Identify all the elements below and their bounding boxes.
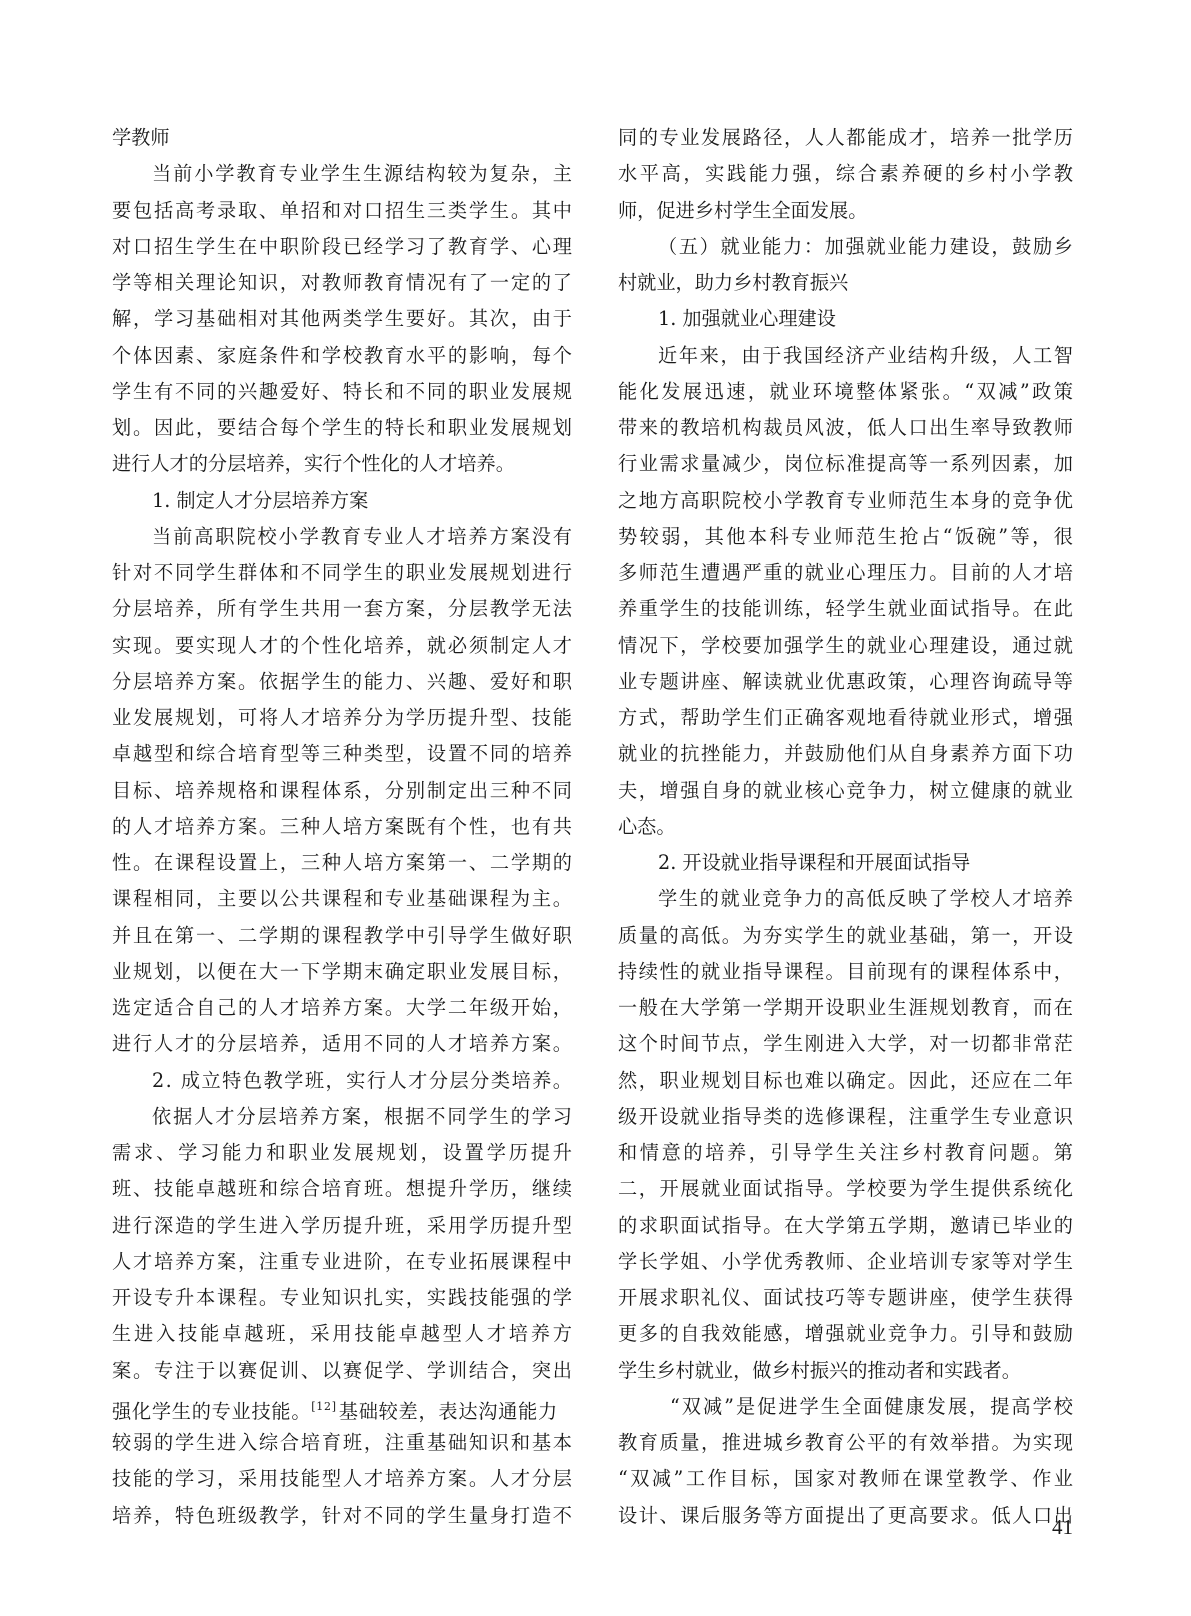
line-text: 并且在第一、二学期的课程教学中引导学生做好职 [112,924,574,947]
line-text: 二，开展就业面试指导。学校要为学生提供系统化 [618,1177,1075,1200]
line-text: 学等相关理论知识，对教师教育情况有了一定的了 [112,271,574,294]
page-number: 41 [1052,1515,1073,1540]
text-line: 进行人才的分层培养，实行个性化的人才培养。 [112,453,572,489]
line-text: 解，学习基础相对其他两类学生要好。其次，由于 [112,307,574,330]
text-line: 行业需求量减少，岗位标准提高等一系列因素，加 [618,453,1073,489]
text-line: 学等相关理论知识，对教师教育情况有了一定的了 [112,272,572,308]
text-line: 近年来，由于我国经济产业结构升级，人工智 [618,345,1073,381]
text-line: 学生的就业竞争力的高低反映了学校人才培养 [618,888,1073,924]
text-line: 实现。要实现人才的个性化培养，就必须制定人才 [112,635,572,671]
line-text: 多师范生遭遇严重的就业心理压力。目前的人才培 [618,561,1075,584]
line-text: 生进入技能卓越班，采用技能卓越型人才培养方 [112,1322,575,1345]
text-line: 人才培养方案，注重专业进阶，在专业拓展课程中 [112,1251,572,1287]
line-text: 水平高，实践能力强，综合素养硬的乡村小学教 [618,162,1076,185]
text-line: 设计、课后服务等方面提出了更高要求。低人口出 [618,1505,1073,1541]
line-text: 持续性的就业指导课程。目前现有的课程体系中， [618,960,1075,983]
text-line: 课程相同，主要以公共课程和专业基础课程为主。 [112,888,572,924]
line-text: 分层培养方案。依据学生的能力、兴趣、爱好和职 [112,670,574,693]
line-text: 划。因此，要结合每个学生的特长和职业发展规划 [112,416,574,439]
line-text: 心态。 [618,815,676,838]
line-text: 技能的学习，采用技能型人才培养方案。人才分层 [112,1467,574,1490]
line-text: 一般在大学第一学期开设职业生涯规划教育，而在 [618,996,1075,1019]
text-line: 解，学习基础相对其他两类学生要好。其次，由于 [112,308,572,344]
line-text: 带来的教培机构裁员风波，低人口出生率导致教师 [618,416,1075,439]
text-line: 能化发展迅速，就业环境整体紧张。“双减”政策 [618,381,1073,417]
text-line: 势较弱，其他本科专业师范生抢占“饭碗”等，很 [618,526,1073,562]
line-text: 较弱的学生进入综合培育班，注重基础知识和基本 [112,1431,574,1454]
section-heading-line: 村就业，助力乡村教育振兴 [618,272,1073,308]
line-text: 势较弱，其他本科专业师范生抢占“饭碗”等，很 [618,525,1075,548]
line-text: 课程相同，主要以公共课程和专业基础课程为主。 [112,887,574,910]
text-line: 性。在课程设置上，三种人培方案第一、二学期的 [112,852,572,888]
text-line: 业专题讲座、解读就业优惠政策，心理咨询疏导等 [618,671,1073,707]
line-text: 业专题讲座、解读就业优惠政策，心理咨询疏导等 [618,670,1075,693]
text-line: 生进入技能卓越班，采用技能卓越型人才培养方 [112,1323,572,1359]
line-text: 更多的自我效能感，增强就业竞争力。引导和鼓励 [618,1322,1075,1345]
line-text: 开展求职礼仪、面试技巧等专题讲座，使学生获得 [618,1286,1075,1309]
text-line: 并且在第一、二学期的课程教学中引导学生做好职 [112,925,572,961]
text-line: 然，职业规划目标也难以确定。因此，还应在二年 [618,1070,1073,1106]
text-line: 当前高职院校小学教育专业人才培养方案没有 [112,526,572,562]
text-line: 需求、学习能力和职业发展规划，设置学历提升 [112,1142,572,1178]
text-line: 依据人才分层培养方案，根据不同学生的学习 [112,1106,572,1142]
text-line: 养重学生的技能训练，轻学生就业面试指导。在此 [618,598,1073,634]
document-page: 学教师当前小学教育专业学生生源结构较为复杂，主要包括高考录取、单招和对口招生三类… [0,0,1191,1616]
text-line: 当前小学教育专业学生生源结构较为复杂，主 [112,163,572,199]
text-line: 1. 制定人才分层培养方案 [112,490,572,526]
line-text: 的人才培养方案。三种人培方案既有个性，也有共 [112,815,574,838]
line-text: 需求、学习能力和职业发展规划，设置学历提升 [112,1141,575,1164]
line-text: 2. 开设就业指导课程和开展面试指导 [658,851,970,874]
line-text: 学生乡村就业，做乡村振兴的推动者和实践者。 [618,1359,1021,1382]
line-text: 方式，帮助学生们正确客观地看待就业形式，增强 [618,706,1075,729]
text-line: 进行深造的学生进入学历提升班，采用学历提升型 [112,1215,572,1251]
text-line: 心态。 [618,816,1073,852]
text-line: 的求职面试指导。在大学第五学期，邀请已毕业的 [618,1215,1073,1251]
line-text: 设计、课后服务等方面提出了更高要求。低人口出 [618,1504,1075,1527]
citation-marker: [12] [311,1400,337,1413]
text-line: 进行人才的分层培养，适用不同的人才培养方案。 [112,1033,572,1069]
text-line: 的人才培养方案。三种人培方案既有个性，也有共 [112,816,572,852]
text-line: 业规划，以便在大一下学期末确定职业发展目标， [112,961,572,997]
text-line: 级开设就业指导类的选修课程，注重学生专业意识 [618,1106,1073,1142]
line-text: 个体因素、家庭条件和学校教育水平的影响，每个 [112,344,574,367]
text-line: 同的专业发展路径，人人都能成才，培养一批学历 [618,127,1073,163]
line-text: 夫，增强自身的就业核心竞争力，树立健康的就业 [618,779,1075,802]
text-line: 学长学姐、小学优秀教师、企业培训专家等对学生 [618,1251,1073,1287]
line-text: 学生的就业竞争力的高低反映了学校人才培养 [658,887,1075,910]
line-text: 班、技能卓越班和综合培育班。想提升学历，继续 [112,1177,574,1200]
line-text: 要包括高考录取、单招和对口招生三类学生。其中 [112,199,574,222]
line-text: 实现。要实现人才的个性化培养，就必须制定人才 [112,634,574,657]
text-line: 班、技能卓越班和综合培育班。想提升学历，继续 [112,1178,572,1214]
line-text: 这个时间节点，学生刚进入大学，对一切都非常茫 [618,1032,1075,1055]
text-line: 划。因此，要结合每个学生的特长和职业发展规划 [112,417,572,453]
line-text: 情况下，学校要加强学生的就业心理建设，通过就 [618,634,1075,657]
line-text: 学生有不同的兴趣爱好、特长和不同的职业发展规 [112,380,574,403]
text-line: 业发展规划，可将人才培养分为学历提升型、技能 [112,707,572,743]
text-line: 夫，增强自身的就业核心竞争力，树立健康的就业 [618,780,1073,816]
line-text: 养重学生的技能训练，轻学生就业面试指导。在此 [618,597,1075,620]
line-text: 学长学姐、小学优秀教师、企业培训专家等对学生 [618,1250,1075,1273]
line-text: 进行人才的分层培养，适用不同的人才培养方案。 [112,1032,574,1055]
line-text: 目标、培养规格和课程体系，分别制定出三种不同 [112,779,574,802]
line-text: 的求职面试指导。在大学第五学期，邀请已毕业的 [618,1214,1075,1237]
text-line: 更多的自我效能感，增强就业竞争力。引导和鼓励 [618,1323,1073,1359]
text-line: 学生乡村就业，做乡村振兴的推动者和实践者。 [618,1360,1073,1396]
line-text: 培养，特色班级教学，针对不同的学生量身打造不 [112,1504,574,1527]
text-line: 这个时间节点，学生刚进入大学，对一切都非常茫 [618,1033,1073,1069]
line-text: 人才培养方案，注重专业进阶，在专业拓展课程中 [112,1250,574,1273]
text-line: 选定适合自己的人才培养方案。大学二年级开始， [112,997,572,1033]
line-text: 师，促进乡村学生全面发展。 [618,199,867,222]
line-text: 1. 加强就业心理建设 [658,307,836,330]
line-text: 教育质量，推进城乡教育公平的有效举措。为实现 [618,1431,1075,1454]
text-line: 情况下，学校要加强学生的就业心理建设，通过就 [618,635,1073,671]
text-line: 目标、培养规格和课程体系，分别制定出三种不同 [112,780,572,816]
line-text: 当前小学教育专业学生生源结构较为复杂，主 [152,162,574,185]
line-text: 卓越型和综合培育型等三种类型，设置不同的培养 [112,742,574,765]
text-line: 案。专注于以赛促训、以赛促学、学训结合，突出 [112,1360,572,1396]
right-column: 同的专业发展路径，人人都能成才，培养一批学历水平高，实践能力强，综合素养硬的乡村… [618,127,1073,1541]
line-text: 近年来，由于我国经济产业结构升级，人工智 [658,344,1075,367]
line-text: “双减”工作目标，国家对教师在课堂教学、作业 [618,1467,1075,1490]
line-text: 进行人才的分层培养，实行个性化的人才培养。 [112,452,515,475]
text-line: 一般在大学第一学期开设职业生涯规划教育，而在 [618,997,1073,1033]
text-line: 分层培养，所有学生共用一套方案，分层教学无法 [112,598,572,634]
text-line: 1. 加强就业心理建设 [618,308,1073,344]
line-text: 依据人才分层培养方案，根据不同学生的学习 [152,1105,574,1128]
text-line: 就业的抗挫能力，并鼓励他们从自身素养方面下功 [618,743,1073,779]
section-heading-line: （五）就业能力：加强就业能力建设，鼓励乡 [618,236,1073,272]
text-line: 培养，特色班级教学，针对不同的学生量身打造不 [112,1505,572,1541]
text-line: 2. 成立特色教学班，实行人才分层分类培养。 [112,1070,572,1106]
line-text: 能化发展迅速，就业环境整体紧张。“双减”政策 [618,380,1075,403]
text-line: 二，开展就业面试指导。学校要为学生提供系统化 [618,1178,1073,1214]
text-line: 方式，帮助学生们正确客观地看待就业形式，增强 [618,707,1073,743]
line-text: 强化学生的专业技能。 [112,1400,311,1423]
text-line: 和情意的培养，引导学生关注乡村教育问题。第 [618,1142,1073,1178]
text-line: 教育质量，推进城乡教育公平的有效举措。为实现 [618,1432,1073,1468]
line-text: 和情意的培养，引导学生关注乡村教育问题。第 [618,1141,1076,1164]
line-text: 案。专注于以赛促训、以赛促学、学训结合，突出 [112,1359,574,1382]
line-text: 质量的高低。为夯实学生的就业基础，第一，开设 [618,924,1075,947]
line-text: 就业的抗挫能力，并鼓励他们从自身素养方面下功 [618,742,1075,765]
text-line: 水平高，实践能力强，综合素养硬的乡村小学教 [618,163,1073,199]
line-text: 之地方高职院校小学教育专业师范生本身的竞争优 [618,489,1075,512]
line-text: 进行深造的学生进入学历提升班，采用学历提升型 [112,1214,574,1237]
text-line: 师，促进乡村学生全面发展。 [618,200,1073,236]
text-line: 学教师 [112,127,572,163]
text-line: 质量的高低。为夯实学生的就业基础，第一，开设 [618,925,1073,961]
line-text: 业规划，以便在大一下学期末确定职业发展目标， [112,960,574,983]
line-text: “双减”是促进学生全面健康发展，提高学校 [670,1395,1075,1418]
text-line: 强化学生的专业技能。[12]基础较差，表达沟通能力 [112,1396,572,1432]
text-line: 开展求职礼仪、面试技巧等专题讲座，使学生获得 [618,1287,1073,1323]
text-line: 分层培养方案。依据学生的能力、兴趣、爱好和职 [112,671,572,707]
text-line: 较弱的学生进入综合培育班，注重基础知识和基本 [112,1432,572,1468]
line-text: 性。在课程设置上，三种人培方案第一、二学期的 [112,851,574,874]
line-text: 1. 制定人才分层培养方案 [152,489,368,512]
line-text: 村就业，助力乡村教育振兴 [618,271,848,294]
text-line: 之地方高职院校小学教育专业师范生本身的竞争优 [618,490,1073,526]
text-line: 针对不同学生群体和不同学生的职业发展规划进行 [112,562,572,598]
line-text: 选定适合自己的人才培养方案。大学二年级开始， [112,996,574,1019]
line-text: 同的专业发展路径，人人都能成才，培养一批学历 [618,126,1075,149]
text-line: 技能的学习，采用技能型人才培养方案。人才分层 [112,1468,572,1504]
text-line: 对口招生学生在中职阶段已经学习了教育学、心理 [112,236,572,272]
line-text: 然，职业规划目标也难以确定。因此，还应在二年 [618,1069,1075,1092]
text-line: 多师范生遭遇严重的就业心理压力。目前的人才培 [618,562,1073,598]
text-line: 个体因素、家庭条件和学校教育水平的影响，每个 [112,345,572,381]
line-text: 行业需求量减少，岗位标准提高等一系列因素，加 [618,452,1075,475]
text-line: 学生有不同的兴趣爱好、特长和不同的职业发展规 [112,381,572,417]
text-line: 持续性的就业指导课程。目前现有的课程体系中， [618,961,1073,997]
line-text: 业发展规划，可将人才培养分为学历提升型、技能 [112,706,574,729]
text-line: 带来的教培机构裁员风波，低人口出生率导致教师 [618,417,1073,453]
line-text: （五）就业能力：加强就业能力建设，鼓励乡 [658,235,1075,258]
line-text: 基础较差，表达沟通能力 [339,1400,558,1423]
text-line: 开设专升本课程。专业知识扎实，实践技能强的学 [112,1287,572,1323]
text-line: “双减”工作目标，国家对教师在课堂教学、作业 [618,1468,1073,1504]
line-text: 对口招生学生在中职阶段已经学习了教育学、心理 [112,235,574,258]
text-line: 2. 开设就业指导课程和开展面试指导 [618,852,1073,888]
line-text: 分层培养，所有学生共用一套方案，分层教学无法 [112,597,574,620]
line-text: 2. 成立特色教学班，实行人才分层分类培养。 [152,1069,573,1092]
left-column: 学教师当前小学教育专业学生生源结构较为复杂，主要包括高考录取、单招和对口招生三类… [112,127,572,1541]
line-text: 针对不同学生群体和不同学生的职业发展规划进行 [112,561,574,584]
text-line: “双减”是促进学生全面健康发展，提高学校 [618,1396,1073,1432]
text-line: 要包括高考录取、单招和对口招生三类学生。其中 [112,200,572,236]
line-text: 当前高职院校小学教育专业人才培养方案没有 [152,525,574,548]
line-text: 学教师 [112,126,170,149]
line-text: 级开设就业指导类的选修课程，注重学生专业意识 [618,1105,1075,1128]
line-text: 开设专升本课程。专业知识扎实，实践技能强的学 [112,1286,574,1309]
text-line: 卓越型和综合培育型等三种类型，设置不同的培养 [112,743,572,779]
